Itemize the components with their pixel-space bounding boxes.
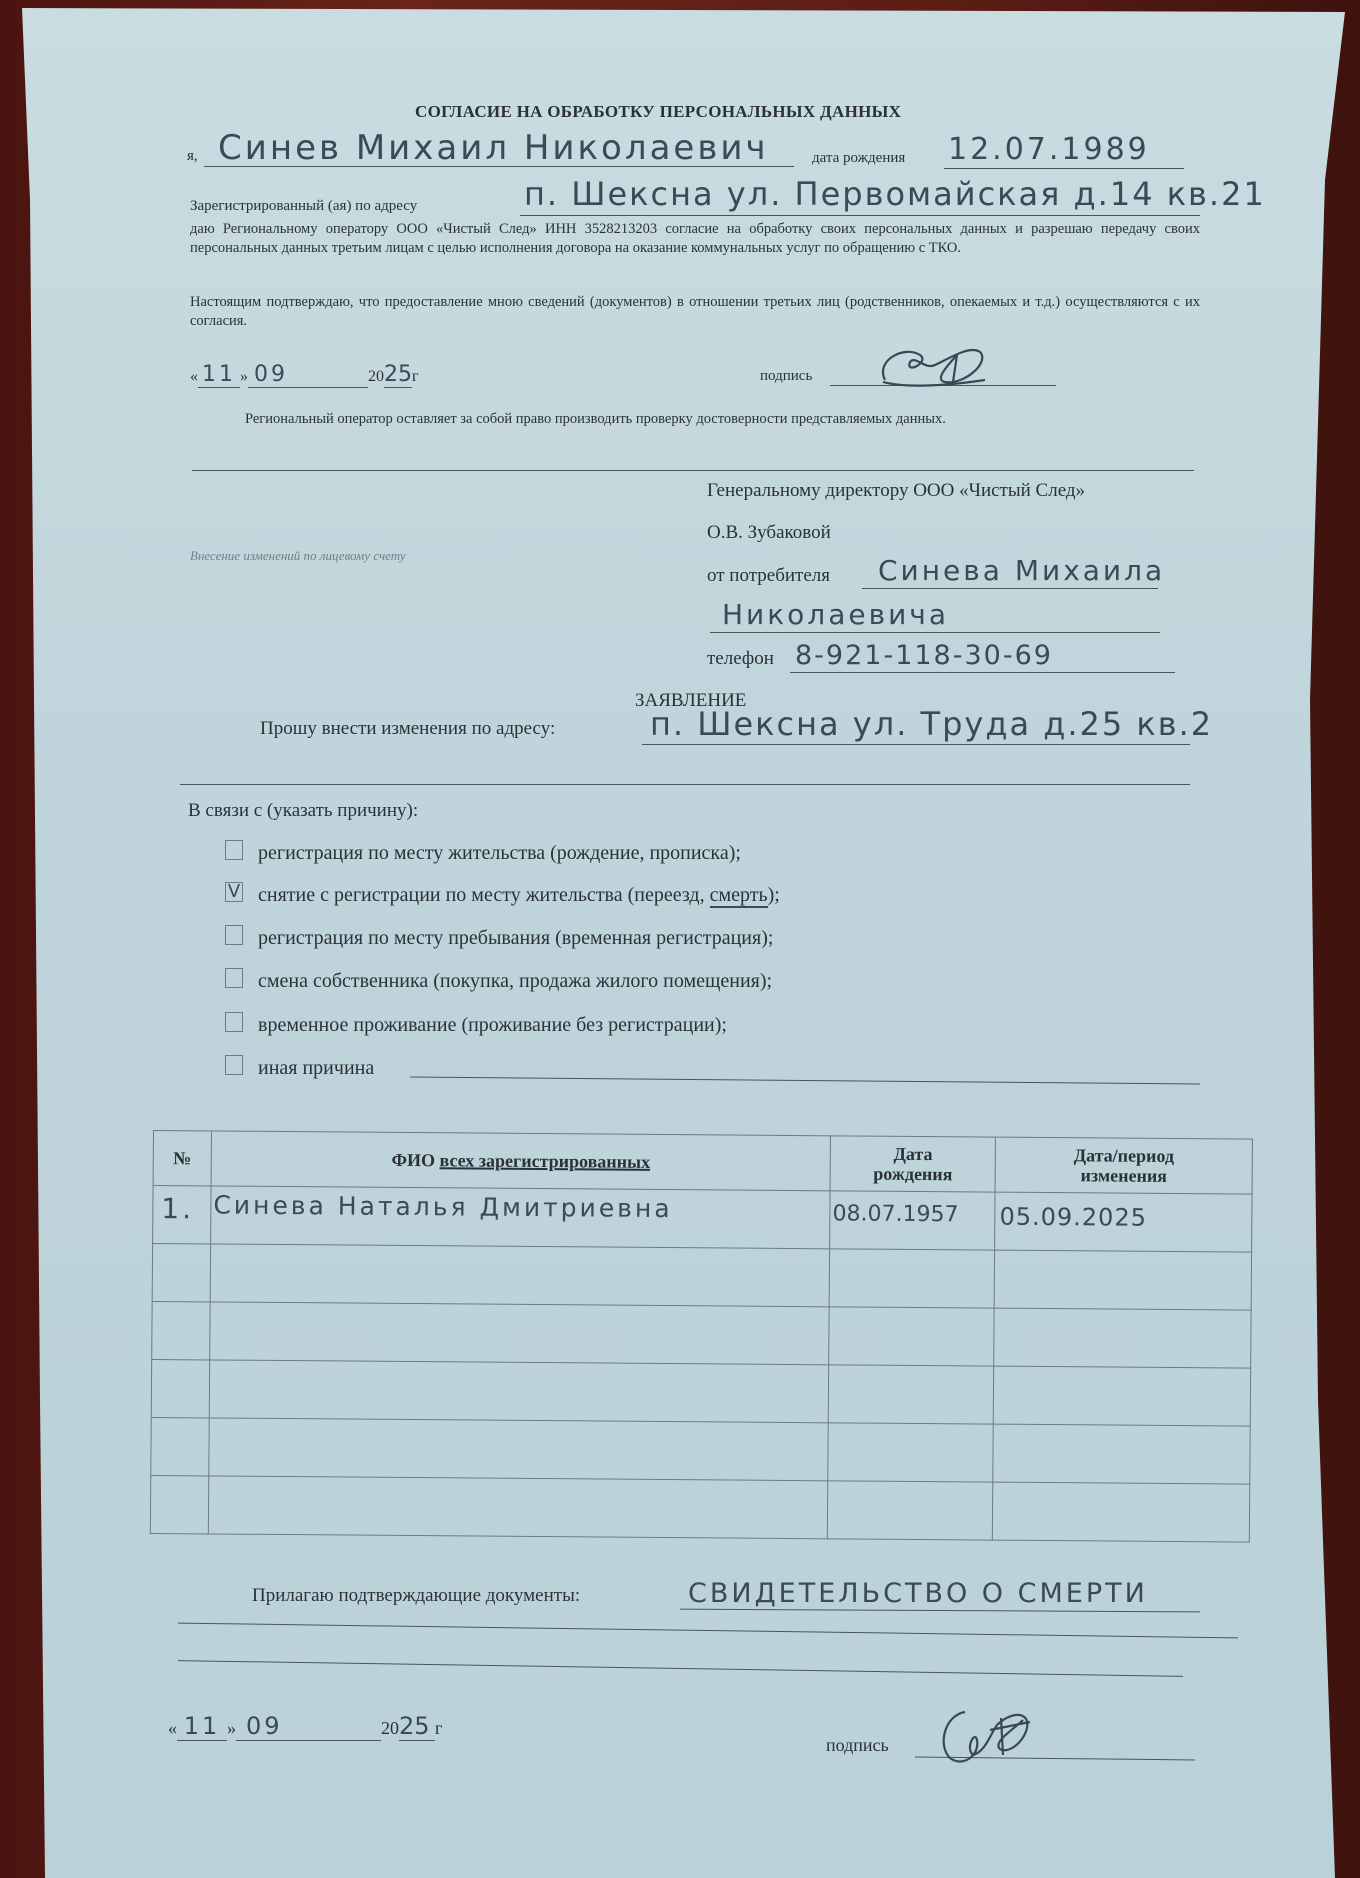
consent-date: «11»092025г bbox=[190, 362, 419, 388]
attachments-label: Прилагаю подтверждающие документы: bbox=[252, 1585, 580, 1607]
row-num-cell[interactable] bbox=[151, 1359, 209, 1417]
addressee-line-2: О.В. Зубаковой bbox=[707, 522, 831, 544]
row-birth-cell[interactable]: 08.07.1957 bbox=[830, 1191, 995, 1250]
row-fio-cell[interactable] bbox=[208, 1476, 828, 1539]
consent-title: СОГЛАСИЕ НА ОБРАБОТКУ ПЕРСОНАЛЬНЫХ ДАННЫ… bbox=[415, 102, 901, 122]
quote-open: « bbox=[168, 1718, 177, 1738]
document-page: СОГЛАСИЕ НА ОБРАБОТКУ ПЕРСОНАЛЬНЫХ ДАННЫ… bbox=[0, 0, 1360, 1878]
table-header-row: № ФИО всех зарегистрированных Датарожден… bbox=[153, 1131, 1252, 1195]
quote-open: « bbox=[190, 368, 198, 385]
consent-day-field[interactable]: 11 bbox=[198, 362, 240, 388]
new-address-line bbox=[642, 744, 1190, 745]
consent-signature-icon[interactable] bbox=[875, 340, 995, 392]
reason-label: В связи с (указать причину): bbox=[188, 800, 418, 822]
header-period: Дата/периодизменения bbox=[995, 1137, 1252, 1194]
row-fio-cell[interactable] bbox=[210, 1302, 830, 1365]
year-prefix: 20 bbox=[368, 368, 384, 385]
header-num: № bbox=[153, 1131, 211, 1186]
footer-day-field[interactable]: 11 bbox=[177, 1712, 227, 1741]
attachments-line-1 bbox=[680, 1609, 1200, 1613]
quote-close: » bbox=[227, 1718, 236, 1738]
from-name-field-1[interactable]: Синева Михаила bbox=[878, 554, 1165, 587]
reg-address-label: Зарегистрированный (ая) по адресу bbox=[190, 198, 417, 215]
footer-date: «11»092025г bbox=[168, 1712, 442, 1741]
row-period-cell[interactable]: 05.09.2025 bbox=[995, 1192, 1252, 1252]
row-num-cell[interactable] bbox=[151, 1417, 209, 1475]
table-row: 1. Синева Наталья Дмитриевна 08.07.1957 … bbox=[153, 1186, 1252, 1253]
row-birth-cell[interactable] bbox=[828, 1481, 993, 1540]
reason-checkbox-6[interactable] bbox=[225, 1055, 243, 1075]
row-birth-cell[interactable] bbox=[829, 1249, 994, 1308]
table-row bbox=[152, 1301, 1251, 1368]
phone-label: телефон bbox=[707, 648, 774, 670]
header-fio-prefix: ФИО bbox=[392, 1150, 440, 1170]
reason-checkbox-3[interactable] bbox=[225, 925, 243, 945]
consent-month-field[interactable]: 09 bbox=[248, 362, 368, 388]
header-period-line1: Дата/период bbox=[996, 1145, 1252, 1167]
consent-year-field[interactable]: 25 bbox=[384, 362, 412, 388]
verification-note: Региональный оператор оставляет за собой… bbox=[190, 410, 1200, 429]
new-address-line-2 bbox=[180, 784, 1190, 785]
phone-field[interactable]: 8-921-118-30-69 bbox=[795, 640, 1053, 671]
from-name-line-2 bbox=[710, 632, 1160, 633]
reason-checkbox-4[interactable] bbox=[225, 968, 243, 988]
reason-label-4: смена собственника (покупка, продажа жил… bbox=[258, 970, 772, 993]
row-period-cell[interactable] bbox=[994, 1308, 1251, 1368]
phone-line bbox=[790, 672, 1175, 673]
row-fio-cell[interactable] bbox=[210, 1244, 830, 1307]
reason-label-3: регистрация по месту пребывания (временн… bbox=[258, 927, 773, 950]
header-birth: Датарождения bbox=[830, 1136, 995, 1192]
from-label: от потребителя bbox=[707, 565, 830, 587]
reason-checkbox-1[interactable] bbox=[225, 840, 243, 860]
footer-signature-icon[interactable] bbox=[935, 1700, 1045, 1770]
row-period-cell[interactable] bbox=[994, 1250, 1251, 1310]
reason-label-1: регистрация по месту жительства (рождени… bbox=[258, 842, 741, 865]
birth-date-label: дата рождения bbox=[812, 150, 905, 167]
table-row bbox=[151, 1417, 1250, 1484]
year-unit: г bbox=[435, 1718, 442, 1738]
row-birth-cell[interactable] bbox=[829, 1307, 994, 1366]
new-address-field[interactable]: п. Шексна ул. Труда д.25 кв.2 bbox=[650, 705, 1213, 743]
other-reason-field[interactable] bbox=[410, 1077, 1200, 1085]
header-birth-line2: рождения bbox=[831, 1163, 995, 1184]
header-birth-line1: Дата bbox=[831, 1143, 995, 1164]
row-birth-cell[interactable] bbox=[828, 1365, 993, 1424]
row-fio-cell[interactable]: Синева Наталья Дмитриевна bbox=[211, 1186, 831, 1249]
table-row bbox=[151, 1359, 1250, 1426]
reason-2-text: снятие с регистрации по месту жительства… bbox=[258, 884, 710, 906]
reason-label-6: иная причина bbox=[258, 1057, 374, 1080]
consent-signature-label: подпись bbox=[760, 368, 812, 385]
reason-checkbox-5[interactable] bbox=[225, 1012, 243, 1032]
side-note: Внесение изменений по лицевому счету bbox=[190, 548, 406, 564]
reason-label-5: временное проживание (проживание без рег… bbox=[258, 1014, 727, 1037]
row-num-cell[interactable]: 1. bbox=[153, 1186, 211, 1244]
attachments-line-2 bbox=[178, 1623, 1238, 1639]
row-num-cell[interactable] bbox=[152, 1301, 210, 1359]
header-fio: ФИО всех зарегистрированных bbox=[211, 1131, 831, 1191]
year-prefix: 20 bbox=[381, 1718, 399, 1738]
from-name-field-2[interactable]: Николаевича bbox=[722, 598, 949, 631]
reason-2-underlined: смерть bbox=[710, 884, 768, 908]
row-period-cell[interactable] bbox=[993, 1424, 1250, 1484]
year-unit: г bbox=[412, 368, 419, 385]
row-num-cell[interactable] bbox=[150, 1475, 208, 1533]
row-birth-cell[interactable] bbox=[828, 1423, 993, 1482]
attachments-field[interactable]: свидетельство о смерти bbox=[688, 1578, 1148, 1609]
row-period-cell[interactable] bbox=[993, 1366, 1250, 1426]
reg-address-field[interactable]: п. Шексна ул. Первомайская д.14 кв.21 bbox=[524, 175, 1266, 213]
birth-date-line bbox=[944, 168, 1184, 169]
row-period-cell[interactable] bbox=[992, 1482, 1249, 1542]
consent-paragraph-1: даю Региональному оператору ООО «Чистый … bbox=[190, 220, 1200, 258]
table-row bbox=[150, 1475, 1249, 1542]
reason-checkbox-2[interactable]: V bbox=[225, 882, 243, 902]
full-name-field[interactable]: Синев Михаил Николаевич bbox=[218, 128, 769, 168]
from-name-line-1 bbox=[862, 588, 1158, 589]
quote-close: » bbox=[240, 368, 248, 385]
row-fio-cell[interactable] bbox=[209, 1360, 829, 1423]
table-row bbox=[152, 1244, 1251, 1311]
section-divider bbox=[192, 470, 1194, 471]
birth-date-field[interactable]: 12.07.1989 bbox=[948, 132, 1150, 167]
attachments-line-3 bbox=[178, 1660, 1183, 1677]
new-address-label: Прошу внести изменения по адресу: bbox=[260, 718, 555, 740]
footer-year-field[interactable]: 25 bbox=[399, 1712, 435, 1741]
header-period-line2: изменения bbox=[996, 1165, 1252, 1187]
registered-persons-table: № ФИО всех зарегистрированных Датарожден… bbox=[150, 1130, 1253, 1543]
row-fio-cell[interactable] bbox=[209, 1418, 829, 1481]
row-num-cell[interactable] bbox=[152, 1244, 210, 1302]
header-fio-underlined: всех зарегистрированных bbox=[439, 1150, 650, 1172]
footer-signature-label: подпись bbox=[826, 1735, 889, 1756]
addressee-line-1: Генеральному директору ООО «Чистый След» bbox=[707, 480, 1085, 502]
consent-paragraph-2: Настоящим подтверждаю, что предоставлени… bbox=[190, 293, 1200, 331]
reason-2-end: ); bbox=[768, 884, 780, 906]
reason-label-2: снятие с регистрации по месту жительства… bbox=[258, 884, 780, 907]
i-label: я, bbox=[187, 148, 198, 165]
reg-address-line bbox=[520, 215, 1200, 216]
footer-month-field[interactable]: 09 bbox=[236, 1712, 381, 1741]
